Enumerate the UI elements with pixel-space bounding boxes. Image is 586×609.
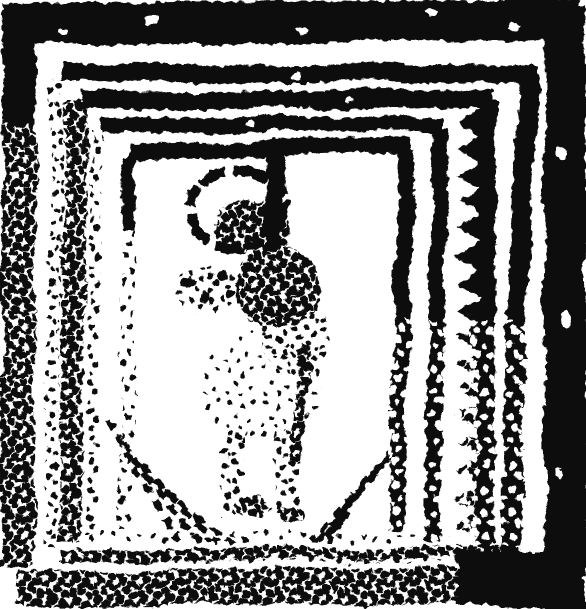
void xyxy=(426,9,438,17)
void xyxy=(346,96,354,102)
stray-speckles-left xyxy=(0,130,14,470)
door-left-cap xyxy=(129,156,131,232)
posy-dot xyxy=(212,272,222,282)
void xyxy=(295,71,305,77)
void xyxy=(246,121,254,127)
posy-dot xyxy=(222,292,230,300)
frame3-top xyxy=(84,98,492,100)
void xyxy=(299,27,311,35)
left-foot xyxy=(233,497,271,515)
hand-posy-mass xyxy=(175,263,237,315)
outer-frame-top xyxy=(4,21,580,24)
void xyxy=(556,145,566,159)
posy-dot xyxy=(181,276,193,288)
ground-speckle-row-outer xyxy=(60,549,518,562)
print-root xyxy=(0,6,586,608)
frame2-left xyxy=(50,80,58,548)
frame3-left xyxy=(70,102,77,542)
right-foot xyxy=(277,506,305,520)
frame4-left xyxy=(92,130,96,535)
void xyxy=(561,310,571,326)
void xyxy=(59,30,67,36)
woodcut-print: Woodcut print of a haloed figure in nest… xyxy=(0,0,586,609)
erosion-right-bands xyxy=(388,320,546,545)
void xyxy=(511,23,521,31)
void xyxy=(143,15,157,25)
frame4-top xyxy=(100,124,442,125)
figure xyxy=(175,150,328,520)
outer-frame-right xyxy=(564,6,567,558)
floor-ray-left xyxy=(106,420,180,541)
outer-frame-left-cap xyxy=(20,8,21,122)
floor-ray-left xyxy=(124,444,198,542)
posy-dot xyxy=(196,293,206,303)
woodcut-svg: Woodcut print of a haloed figure in nest… xyxy=(0,0,586,609)
void xyxy=(554,464,562,476)
